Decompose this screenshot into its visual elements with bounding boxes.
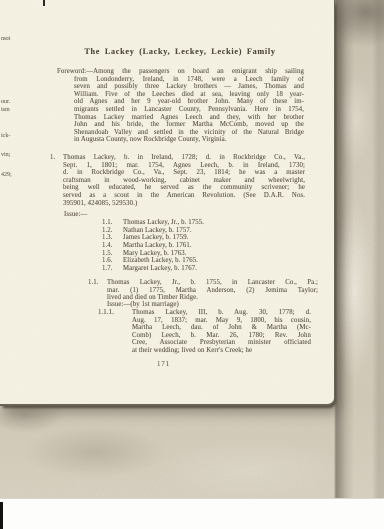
scanned-book-photocopy: The Lackey (Lacky, Leckey, Leckie) Famil… <box>0 0 384 529</box>
text-line: mar. (1) 1775, Martha Anderson, (2) Jemi… <box>107 287 318 295</box>
item-text: Elizabeth Lackey, b. 1765. <box>123 257 198 264</box>
text-line: old Agnes and her 9 year-old brother Joh… <box>74 98 304 106</box>
item-text: James Lackey, b. 1759. <box>123 234 189 241</box>
item-number: 1.5. <box>102 250 123 258</box>
item-number: 1.6. <box>102 257 123 265</box>
margin-text-fragment: vin; <box>1 152 10 158</box>
item-text: Thomas Lackey, Jr., b. 1755. <box>123 219 204 226</box>
text-line: William. Five of the Leeches died at sea… <box>74 91 304 99</box>
text-line: Sept. 1, 1801; mar. 1754, Agnes Leech, b… <box>63 162 305 170</box>
text-line: Thomas Lackey married Agnes Leech and th… <box>74 114 304 122</box>
text-line: Thomas Lackey, b. in Ireland, 1728; d. i… <box>63 154 305 162</box>
genealogy-entry-1-1-1: 1.1.1. Thomas Lackey, III, b. Aug. 30, 1… <box>132 309 311 355</box>
item-number: 1.7. <box>102 265 123 273</box>
entry-number: 1.1. <box>88 279 99 287</box>
text-line: John and his bride, the former Martha Mc… <box>74 121 304 129</box>
text-line: at their wedding; lived on Kerr's Creek;… <box>132 347 311 355</box>
text-line: from Londonderry, Ireland, in 1748, were… <box>74 76 304 84</box>
text-line: seven and possibly three Lackey brothers… <box>74 83 304 91</box>
text-line: Cree, Associate Presbyterian minister of… <box>132 339 311 347</box>
text-line: in Augusta County, now Rockbridge County… <box>74 136 304 144</box>
scan-page: The Lackey (Lacky, Leckey, Leckie) Famil… <box>0 0 335 406</box>
family-title: The Lackey (Lacky, Leckey, Leckie) Famil… <box>55 48 305 56</box>
issue-list-item: 1.2.Nathan Lackey, b. 1757. <box>102 227 302 235</box>
item-number: 1.2. <box>102 227 123 235</box>
film-edge-line <box>0 502 3 529</box>
item-text: Margaret Lackey, b. 1767. <box>123 265 197 272</box>
margin-text-fragment: mot <box>1 36 10 42</box>
issue-list-item: 1.7.Margaret Lackey, b. 1767. <box>102 265 302 273</box>
item-text: Mary Lackey, b. 1763. <box>123 250 187 257</box>
genealogy-entry-1: 1. Thomas Lackey, b. in Ireland, 1728; d… <box>63 154 305 207</box>
text-line: Comb) Leech, b. Mar. 26, 1780; Rev. John <box>132 332 311 340</box>
item-text: Nathan Lackey, b. 1757. <box>123 227 192 234</box>
text-line: being well educated, he served as the co… <box>63 184 305 192</box>
bottom-strip <box>0 498 384 529</box>
issue-list-item: 1.6.Elizabeth Lackey, b. 1765. <box>102 257 302 265</box>
item-number: 1.4. <box>102 242 123 250</box>
issue-label: Issue:— <box>64 211 87 219</box>
item-number: 1.3. <box>102 234 123 242</box>
text-line: served as a scout in the American Revolu… <box>63 192 305 200</box>
text-line: Martha Leech, dau. of John & Martha (Mc- <box>132 324 311 332</box>
text-line: craftsman in wood-working, cabinet maker… <box>63 177 305 185</box>
entry-number: 1. <box>50 154 55 162</box>
margin-text-fragment: ick- <box>1 133 10 139</box>
page-number: 171 <box>157 361 170 369</box>
text-line: Foreword:—Among the passengers on board … <box>57 68 304 76</box>
text-line: Thomas Lackey, Jr., b. 1755, in Lancaste… <box>107 279 318 287</box>
item-text: Martha Lackey, b. 1761. <box>123 242 192 249</box>
registration-tick-mark <box>43 0 45 6</box>
item-number: 1.1. <box>102 219 123 227</box>
text-line: Aug. 17, 1837; mar. May 9, 1800, his cou… <box>132 317 311 325</box>
foreword-paragraph: Foreword:—Among the passengers on board … <box>57 68 304 144</box>
issue-list-item: 1.1.Thomas Lackey, Jr., b. 1755. <box>102 219 302 227</box>
issue-list-item: 1.3.James Lackey, b. 1759. <box>102 234 302 242</box>
issue-list-item: 1.5.Mary Lackey, b. 1763. <box>102 250 302 258</box>
margin-text-fragment: 429; <box>1 172 12 178</box>
text-line: migrants settled in Lancaster County, Pe… <box>74 106 304 114</box>
text-line: Thomas Lackey, III, b. Aug. 30, 1778; d. <box>132 309 311 317</box>
genealogy-entry-1-1: 1.1. Thomas Lackey, Jr., b. 1755, in Lan… <box>107 279 318 302</box>
issue-list: 1.1.Thomas Lackey, Jr., b. 1755. 1.2.Nat… <box>102 219 302 273</box>
entry-number: 1.1.1. <box>98 309 114 317</box>
margin-text-fragment: our. <box>1 99 10 105</box>
issue-list-item: 1.4.Martha Lackey, b. 1761. <box>102 242 302 250</box>
text-line: Shenandoah Valley and settled in the vic… <box>74 129 304 137</box>
margin-text-fragment: ism <box>1 107 10 113</box>
issue-label: Issue:—(by 1st marriage) <box>107 301 179 309</box>
text-line: d. in Rockbridge Co., Va., Sept. 23, 181… <box>63 169 305 177</box>
text-line: 395901, 424085, 529530.) <box>63 200 305 208</box>
